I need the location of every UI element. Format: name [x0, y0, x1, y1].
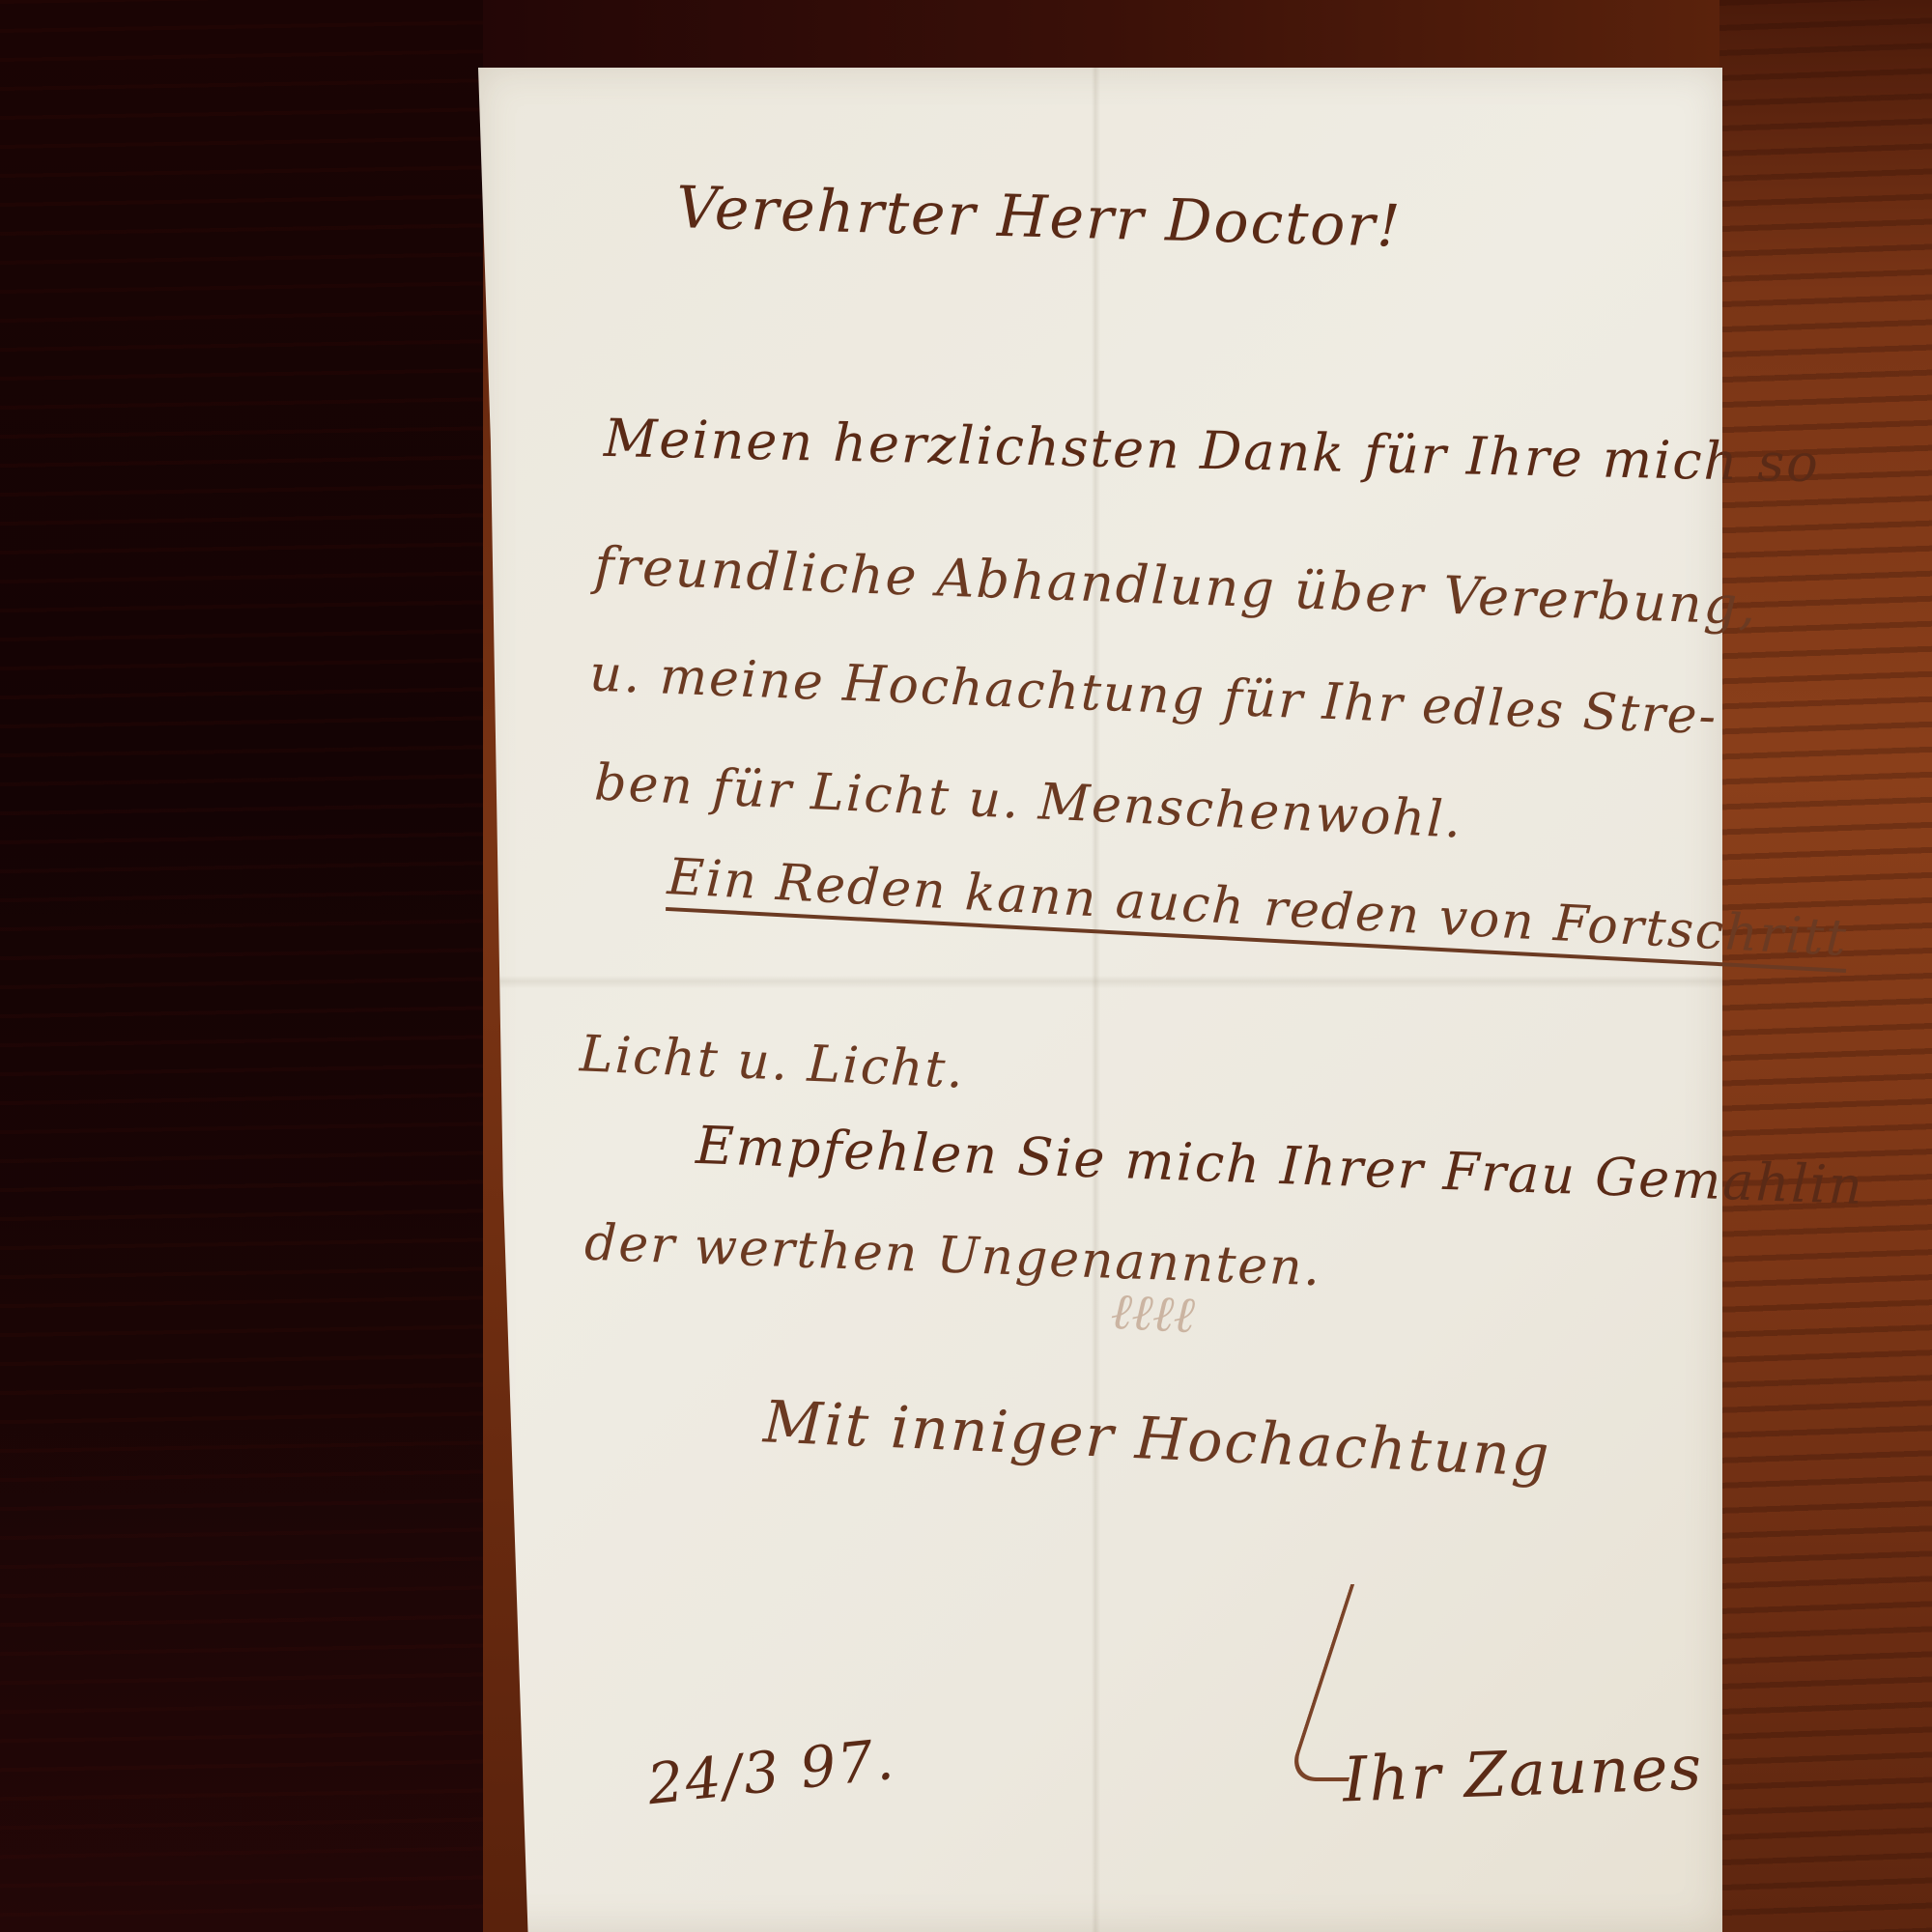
letter-paper: [478, 68, 1722, 1932]
faded-ink-stroke: ℓℓℓℓ: [1109, 1283, 1196, 1345]
wooden-table-left: [0, 0, 483, 1932]
wooden-table-top: [483, 0, 1719, 68]
letter-signature: Ihr Zaunes: [1342, 1733, 1705, 1817]
